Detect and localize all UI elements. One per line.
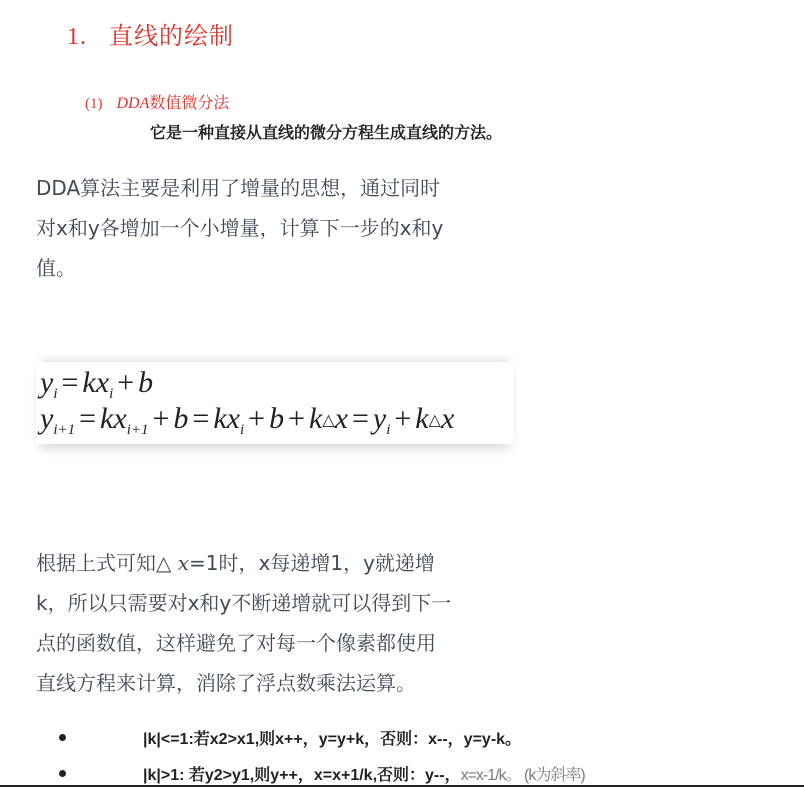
formula-operator: = — [79, 402, 96, 435]
paragraph-line: 直线方程来计算，消除了浮点数乘法运算。 — [36, 663, 506, 703]
formula-operator: = — [352, 402, 369, 435]
explanation-paragraph: 根据上式可知△ x=1时，x每递增1，y就递增 k，所以只需要对x和y不断递增就… — [36, 543, 506, 703]
delta-icon: △ — [322, 412, 334, 429]
formula-term: b — [138, 366, 153, 399]
formula-term: x — [441, 402, 454, 435]
formula-term: x — [335, 402, 348, 435]
subsection-heading: (1)DDA数值微分法 — [85, 90, 229, 113]
formula-term: kx — [100, 402, 127, 435]
bullet-icon — [59, 770, 66, 777]
formula-subscript: i+1 — [127, 422, 149, 438]
paragraph-line: k，所以只需要对x和y不断递增就可以得到下一 — [36, 583, 506, 623]
section-title: 直线的绘制 — [109, 24, 234, 50]
formula-term: b — [269, 402, 284, 435]
formula-operator: + — [152, 402, 169, 435]
formula-subscript: i+1 — [53, 422, 75, 438]
math-variable: x — [178, 551, 189, 575]
formula-line-2: yi+1=kxi+1+b=kxi+b+k△x=yi+k△x — [40, 402, 454, 439]
section-number: 1. — [67, 24, 87, 50]
paragraph-line: 值。 — [36, 248, 506, 288]
bullet-icon — [59, 734, 66, 741]
formula-operator: + — [394, 402, 411, 435]
formula-subscript: i — [240, 422, 244, 438]
formula-term: y — [40, 402, 53, 435]
subsection-number: (1) — [85, 96, 103, 112]
formula-term: y — [40, 366, 53, 399]
text-run: =1时，x每递增1，y就递增 — [189, 551, 435, 575]
list-item-text: |k|<=1:若x2>x1,则x++，y=y+k，否则：x--，y=y-k。 — [143, 726, 521, 749]
subsection-title: 数值微分法 — [149, 95, 229, 112]
formula-subscript: i — [53, 386, 57, 402]
formula-operator: = — [192, 402, 209, 435]
formula-term: y — [373, 402, 386, 435]
lead-sentence: 它是一种直接从直线的微分方程生成直线的方法。 — [150, 120, 502, 143]
formula-subscript: i — [109, 386, 113, 402]
paragraph-line: 根据上式可知△ x=1时，x每递增1，y就递增 — [36, 543, 506, 583]
formula-line-1: yi=kxi+b — [40, 366, 153, 403]
subsection-abbr: DDA — [117, 95, 150, 112]
clipped-text: x=x-1/k。 (k为斜率) — [461, 767, 585, 784]
list-item: |k|>1: 若y2>y1,则y++，x=x+1/k,否则：y--，x=x-1/… — [0, 762, 804, 787]
list-item-text: |k|>1: 若y2>y1,则y++，x=x+1/k,否则：y--，x=x-1/… — [143, 762, 585, 785]
formula-term: kx — [82, 366, 109, 399]
formula-operator: + — [288, 402, 305, 435]
formula-term: kx — [213, 402, 240, 435]
formula-term: k — [309, 402, 322, 435]
formula-operator: + — [248, 402, 265, 435]
formula-subscript: i — [386, 422, 390, 438]
formula-operator: + — [117, 366, 134, 399]
paragraph-line: DDA算法主要是利用了增量的思想，通过同时 — [36, 168, 506, 208]
delta-icon: △ — [429, 412, 441, 429]
text-run: 根据上式可知△ — [36, 551, 178, 575]
formula-term: k — [415, 402, 428, 435]
section-heading: 1.直线的绘制 — [67, 16, 234, 51]
text-run: |k|>1: 若y2>y1,则y++，x=x+1/k,否则：y--， — [143, 767, 461, 784]
paragraph-line: 点的函数值，这样避免了对每一个像素都使用 — [36, 623, 506, 663]
formula-image: yi=kxi+b yi+1=kxi+1+b=kxi+b+k△x=yi+k△x — [36, 362, 514, 444]
formula-term: b — [173, 402, 188, 435]
intro-paragraph: DDA算法主要是利用了增量的思想，通过同时 对x和y各增加一个小增量，计算下一步… — [36, 168, 506, 288]
paragraph-line: 对x和y各增加一个小增量，计算下一步的x和y — [36, 208, 506, 248]
list-item: |k|<=1:若x2>x1,则x++，y=y+k，否则：x--，y=y-k。 — [0, 726, 804, 754]
formula-operator: = — [62, 366, 79, 399]
